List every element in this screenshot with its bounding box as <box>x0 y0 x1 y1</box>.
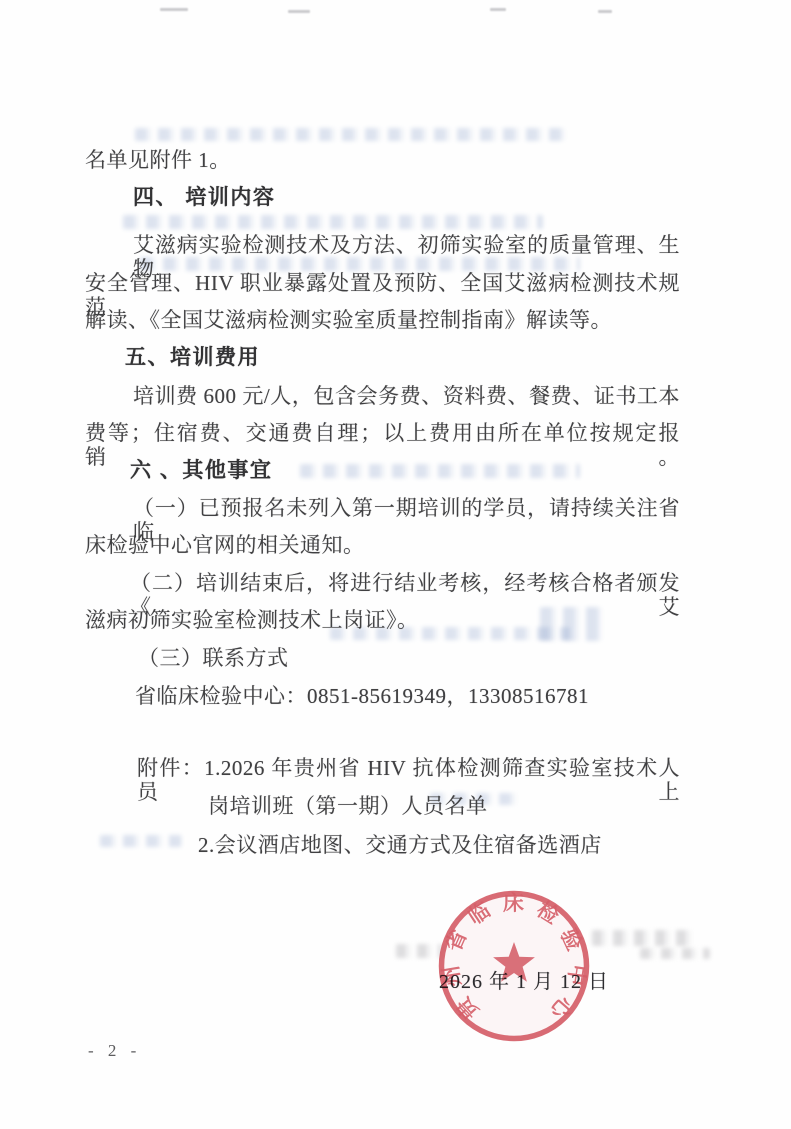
text-line: 培训费 600 元/人，包含会务费、资料费、餐费、证书工本 <box>133 384 680 408</box>
scan-speck <box>160 8 188 11</box>
bleedthrough-smudge <box>135 128 565 141</box>
page-number: - 2 - <box>88 1041 141 1061</box>
text-line: （三）联系方式 <box>138 646 289 670</box>
bleedthrough-smudge <box>100 835 182 847</box>
text-line: 床检验中心官网的相关通知。 <box>85 533 365 557</box>
contact-phone-line: 省临床检验中心：0851-85619349，13308516781 <box>135 684 589 708</box>
scan-speck <box>288 10 310 13</box>
issue-date: 2026 年 1 月 12 日 <box>439 965 609 994</box>
scan-speck <box>598 10 612 13</box>
scan-speck <box>490 8 506 11</box>
scanned-document-page: 名单见附件 1。 四、 培训内容 艾滋病实验检测技术及方法、初筛实验室的质量管理… <box>0 0 791 1129</box>
section-heading-training-content: 四、 培训内容 <box>133 186 275 210</box>
section-heading-training-fee: 五、培训费用 <box>125 346 260 370</box>
attachment-line: 岗培训班（第一期）人员名单 <box>208 794 488 818</box>
section-heading-other-matters: 六 、其他事宜 <box>130 459 272 483</box>
bleedthrough-smudge <box>123 215 543 229</box>
attachment-line: 2.会议酒店地图、交通方式及住宿备选酒店 <box>198 833 602 857</box>
text-line: 解读、《全国艾滋病检测实验室质量控制指南》解读等。 <box>85 308 612 332</box>
text-line: 滋病初筛实验室检测技术上岗证》。 <box>85 608 419 632</box>
bleedthrough-smudge <box>592 930 696 946</box>
bleedthrough-smudge <box>640 948 710 959</box>
text-line: 名单见附件 1。 <box>85 148 231 172</box>
